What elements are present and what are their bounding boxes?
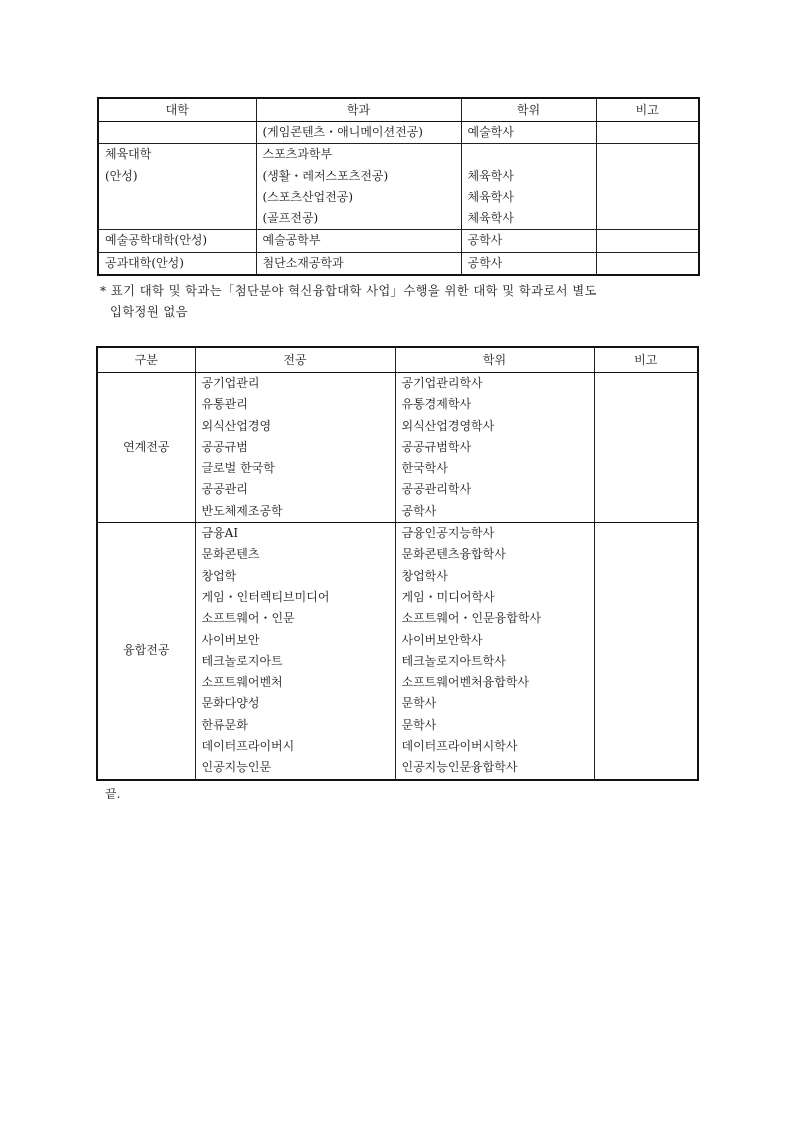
table-row: 예술공학대학(안성) 예술공학부 공학사 [98, 230, 699, 252]
remarks-cell [594, 373, 698, 523]
footnote-line-2: 입학정원 없음 [100, 302, 700, 323]
end-mark: 끝. [105, 785, 120, 802]
department-cell: 예술공학부 [256, 230, 461, 252]
header-department: 학과 [256, 98, 461, 122]
table-header-row: 대학 학과 학위 비고 [98, 98, 699, 122]
category-cell: 연계전공 [97, 373, 195, 523]
degree-cell: 공학사 [461, 230, 596, 252]
section-convergence-majors: 융합전공 금융AI 문화콘텐츠 창업학 게임・인터렉티브미디어 소프트웨어・인문… [97, 523, 698, 780]
header-degree: 학위 [461, 98, 596, 122]
college-department-table: 대학 학과 학위 비고 (게임콘텐츠・애니메이션전공) 예술학사 체육대학 (안… [97, 97, 700, 276]
degree-cell: 예술학사 [461, 122, 596, 144]
header-remarks: 비고 [594, 347, 698, 373]
remarks-cell [596, 122, 699, 144]
remarks-cell [596, 144, 699, 230]
remarks-cell [596, 252, 699, 275]
header-category: 구분 [97, 347, 195, 373]
remarks-cell [594, 523, 698, 780]
table-row: (게임콘텐츠・애니메이션전공) 예술학사 [98, 122, 699, 144]
remarks-cell [596, 230, 699, 252]
section-linked-majors: 연계전공 공기업관리 유통관리 외식산업경영 공공규범 글로벌 한국학 공공관리… [97, 373, 698, 523]
college-cell [98, 122, 256, 144]
degree-cell: 공학사 [461, 252, 596, 275]
majors-cell: 금융AI 문화콘텐츠 창업학 게임・인터렉티브미디어 소프트웨어・인문 사이버보… [195, 523, 395, 780]
college-cell: 체육대학 (안성) [98, 144, 256, 230]
table-row: 공과대학(안성) 첨단소재공학과 공학사 [98, 252, 699, 275]
department-cell: (게임콘텐츠・애니메이션전공) [256, 122, 461, 144]
header-remarks: 비고 [596, 98, 699, 122]
majors-cell: 공기업관리 유통관리 외식산업경영 공공규범 글로벌 한국학 공공관리 반도체제… [195, 373, 395, 523]
header-degree: 학위 [395, 347, 594, 373]
college-cell: 예술공학대학(안성) [98, 230, 256, 252]
department-cell: 첨단소재공학과 [256, 252, 461, 275]
category-cell: 융합전공 [97, 523, 195, 780]
table-header-row: 구분 전공 학위 비고 [97, 347, 698, 373]
degree-cell: 체육학사 체육학사 체육학사 [461, 144, 596, 230]
header-major: 전공 [195, 347, 395, 373]
department-cell: 스포츠과학부 (생활・레저스포츠전공) (스포츠산업전공) (골프전공) [256, 144, 461, 230]
degrees-cell: 금융인공지능학사 문화콘텐츠융합학사 창업학사 게임・미디어학사 소프트웨어・인… [395, 523, 594, 780]
header-college: 대학 [98, 98, 256, 122]
major-degree-table: 구분 전공 학위 비고 연계전공 공기업관리 유통관리 외식산업경영 공공규범 … [96, 346, 699, 781]
table-row: 체육대학 (안성) 스포츠과학부 (생활・레저스포츠전공) (스포츠산업전공) … [98, 144, 699, 230]
footnote-line-1: * 표기 대학 및 학과는「첨단분야 혁신융합대학 사업」수행을 위한 대학 및… [100, 284, 597, 298]
footnote: * 표기 대학 및 학과는「첨단분야 혁신융합대학 사업」수행을 위한 대학 및… [100, 281, 700, 323]
degrees-cell: 공기업관리학사 유통경제학사 외식산업경영학사 공공규범학사 한국학사 공공관리… [395, 373, 594, 523]
college-cell: 공과대학(안성) [98, 252, 256, 275]
